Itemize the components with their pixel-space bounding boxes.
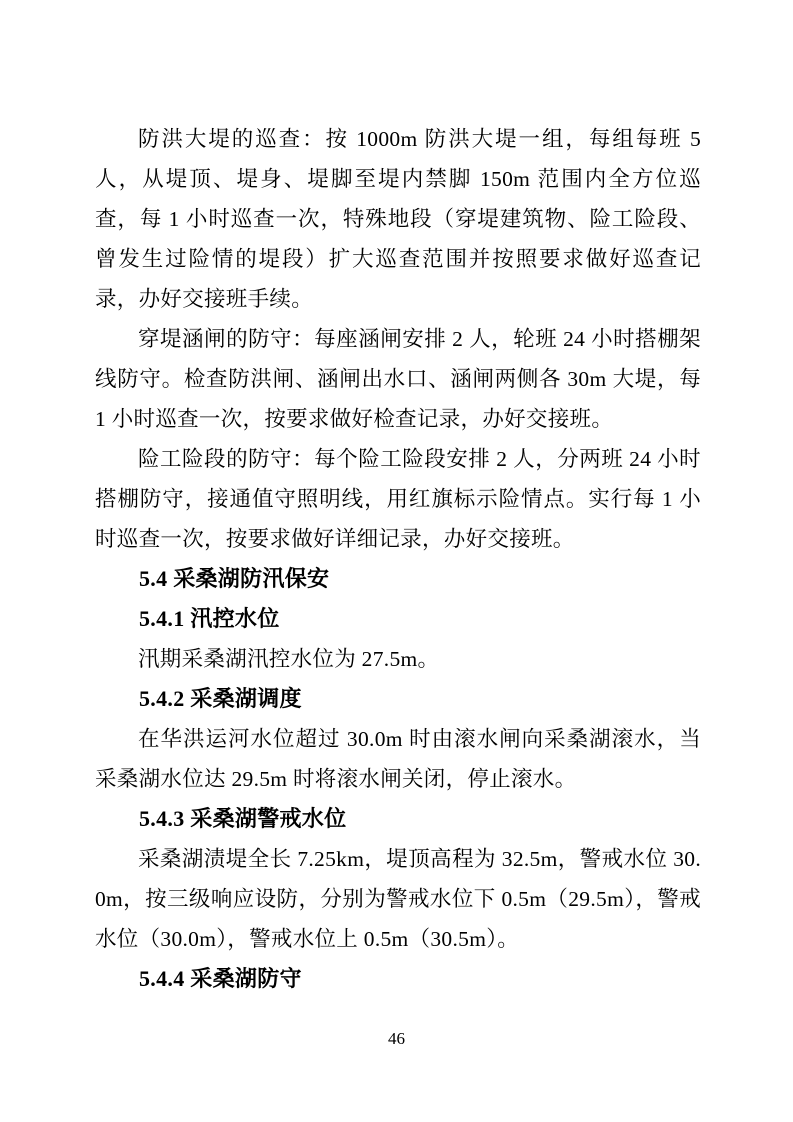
heading-5-4-4: 5.4.4 采桑湖防守 (95, 959, 701, 999)
paragraph-culvert-gate-defense: 穿堤涵闸的防守：每座涵闸安排 2 人，轮班 24 小时搭棚架线防守。检查防洪闸、… (95, 319, 701, 439)
heading-5-4-3: 5.4.3 采桑湖警戒水位 (95, 799, 701, 839)
heading-5-4-2: 5.4.2 采桑湖调度 (95, 679, 701, 719)
heading-5-4: 5.4 采桑湖防汛保安 (95, 559, 701, 599)
document-body: 防洪大堤的巡查：按 1000m 防洪大堤一组，每组每班 5 人，从堤顶、堤身、堤… (95, 119, 701, 999)
paragraph-dike-patrol: 防洪大堤的巡查：按 1000m 防洪大堤一组，每组每班 5 人，从堤顶、堤身、堤… (95, 119, 701, 319)
paragraph-warning-water-level: 采桑湖渍堤全长 7.25km，堤顶高程为 32.5m，警戒水位 30.0m，按三… (95, 839, 701, 959)
heading-5-4-1: 5.4.1 汛控水位 (95, 599, 701, 639)
document-page: 防洪大堤的巡查：按 1000m 防洪大堤一组，每组每班 5 人，从堤顶、堤身、堤… (0, 0, 793, 1122)
page-number: 46 (0, 1028, 793, 1050)
paragraph-caisang-lake-dispatch: 在华洪运河水位超过 30.0m 时由滚水闸向采桑湖滚水，当采桑湖水位达 29.5… (95, 719, 701, 799)
paragraph-danger-section-defense: 险工险段的防守：每个险工险段安排 2 人，分两班 24 小时搭棚防守，接通值守照… (95, 439, 701, 559)
paragraph-flood-control-level: 汛期采桑湖汛控水位为 27.5m。 (95, 639, 701, 679)
